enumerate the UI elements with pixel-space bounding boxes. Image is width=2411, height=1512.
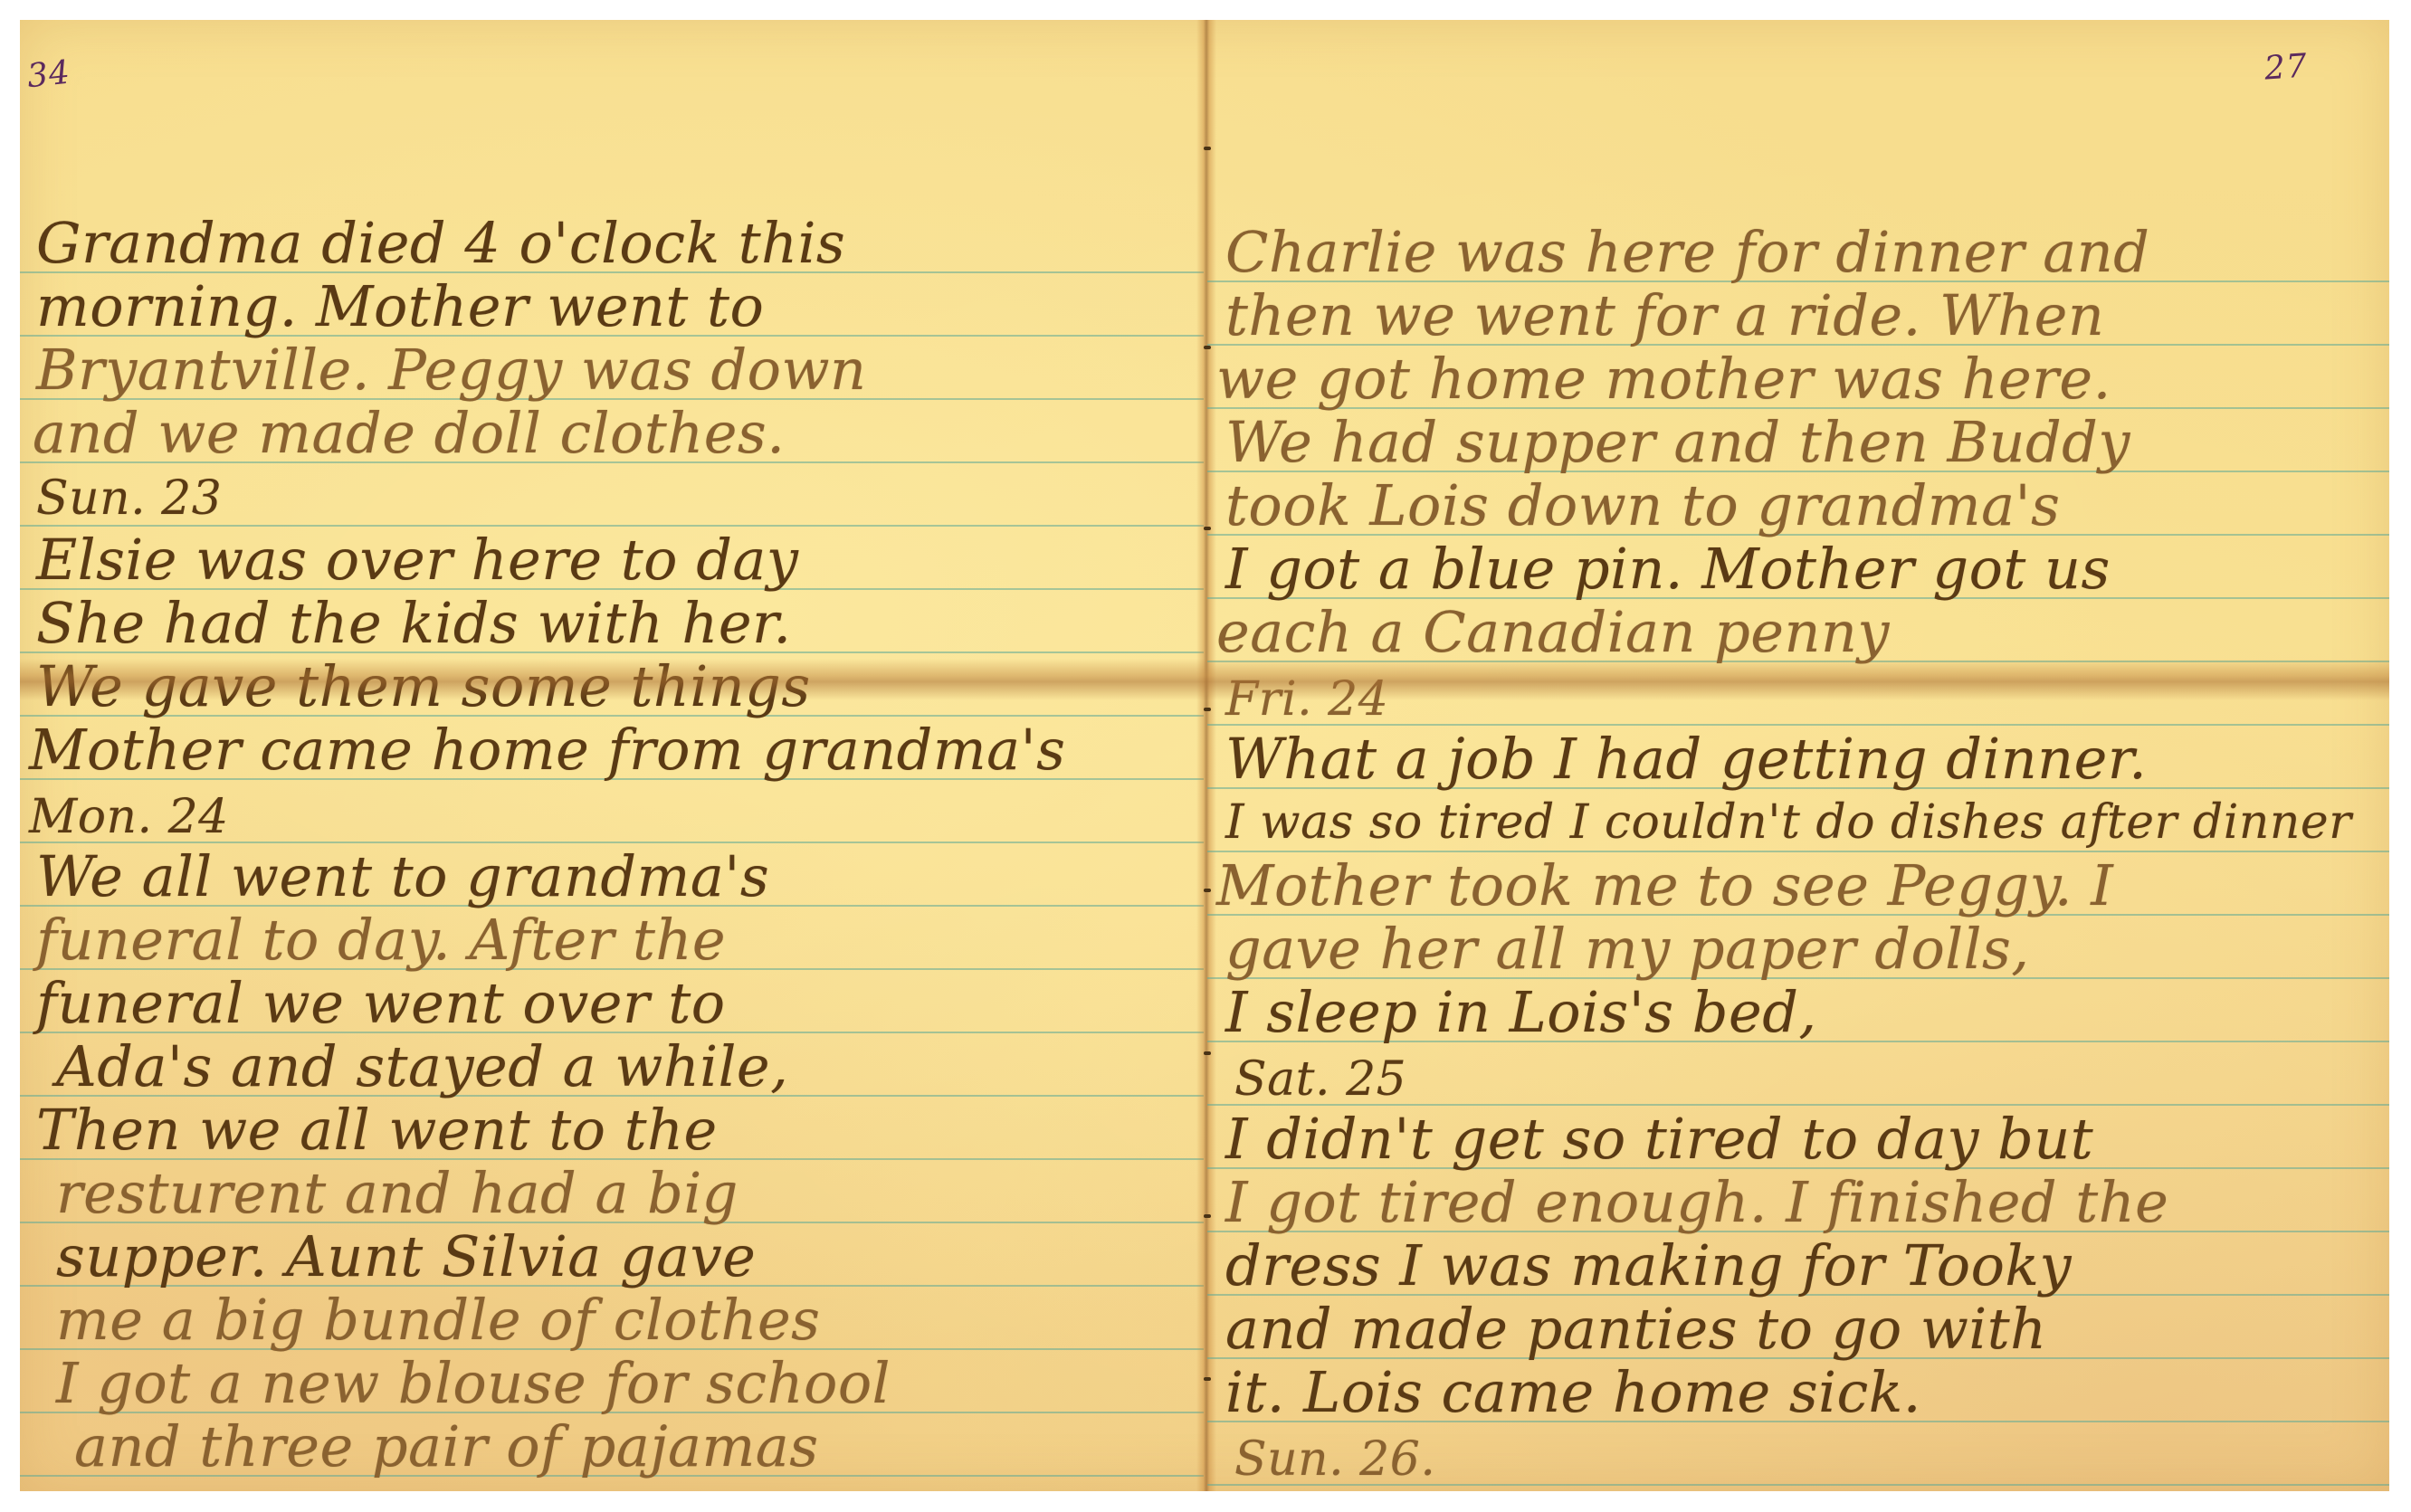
diary-line: Mother came home from grandma's	[29, 718, 1065, 782]
diary-line: Mother took me to see Peggy. I	[1216, 854, 2113, 918]
diary-line: we got home mother was here.	[1216, 347, 2111, 411]
diary-line: then we went for a ride. When	[1225, 284, 2104, 347]
diary-line: Ada's and stayed a while,	[56, 1035, 788, 1098]
water-stain	[20, 659, 2389, 700]
diary-line: Elsie was over here to day	[36, 528, 798, 592]
diary-line: supper. Aunt Silvia gave	[56, 1225, 756, 1289]
diary-line: morning. Mother went to	[36, 275, 764, 338]
diary-line: I got tired enough. I finished the	[1225, 1171, 2168, 1234]
diary-line: took Lois down to grandma's	[1225, 474, 2060, 537]
diary-line: funeral to day. After the	[36, 908, 726, 972]
diary-line: gave her all my paper dolls,	[1225, 918, 2029, 981]
page-number-left: 34	[25, 54, 72, 96]
diary-line: I got a blue pin. Mother got us	[1225, 537, 2111, 601]
diary-line: Bryantville. Peggy was down	[36, 338, 866, 402]
diary-line: Then we all went to the	[36, 1098, 718, 1162]
diary-line: I didn't get so tired to day but	[1225, 1108, 2093, 1171]
diary-line: me a big bundle of clothes	[56, 1289, 820, 1352]
diary-line: and made panties to go with	[1225, 1298, 2047, 1361]
diary-line: I sleep in Lois's bed,	[1225, 981, 1817, 1044]
diary-line: She had the kids with her.	[36, 592, 792, 655]
diary-line: it. Lois came home sick.	[1225, 1361, 1921, 1424]
diary-line: I was so tired I couldn't do dishes afte…	[1225, 791, 2351, 854]
diary-line: dress I was making for Tooky	[1225, 1234, 2072, 1298]
diary-line: and we made doll clothes.	[33, 402, 785, 465]
left-page: 34 Grandma died 4 o'clock this morning. …	[20, 20, 1204, 1491]
diary-line: each a Canadian penny	[1216, 601, 1890, 664]
diary-date-heading: Sat. 25	[1234, 1048, 1406, 1111]
diary-line: and three pair of pajamas	[74, 1415, 819, 1479]
diary-date-heading: Sun. 23	[36, 467, 222, 530]
diary-scan: 34 Grandma died 4 o'clock this morning. …	[20, 20, 2389, 1491]
diary-date-heading: Sun. 26.	[1234, 1428, 1435, 1491]
diary-line: What a job I had getting dinner.	[1225, 727, 2147, 791]
diary-line: Grandma died 4 o'clock this	[36, 212, 845, 275]
right-page: 27 Charlie was here for dinner and then …	[1207, 20, 2389, 1491]
diary-line: I got a new blouse for school	[56, 1352, 891, 1415]
diary-line: resturent and had a big	[56, 1162, 739, 1225]
diary-line: We had supper and then Buddy	[1225, 411, 2130, 474]
page-number-right: 27	[2263, 47, 2310, 87]
diary-line: Charlie was here for dinner and	[1225, 221, 2149, 284]
diary-line: We all went to grandma's	[36, 845, 769, 908]
diary-date-heading: Mon. 24	[29, 785, 229, 849]
diary-line: funeral we went over to	[36, 972, 726, 1035]
